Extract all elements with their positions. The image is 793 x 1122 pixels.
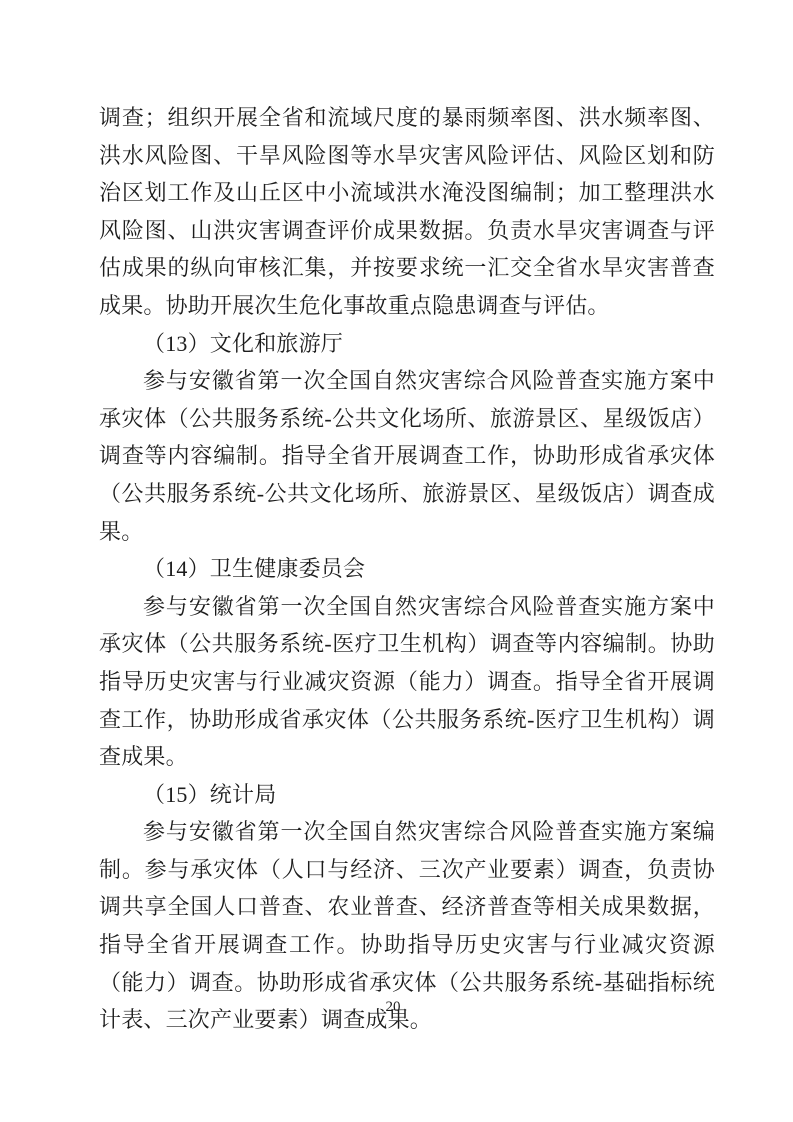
section-heading-14-health-commission: （14）卫生健康委员会 (99, 550, 715, 588)
page-number: 20 (0, 998, 786, 1016)
section-heading-15-statistics-bureau: （15）统计局 (99, 776, 715, 814)
section-paragraph-13: 参与安徽省第一次全国自然灾害综合风险普查实施方案中承灾体（公共服务系统-公共文化… (99, 362, 715, 550)
page-content: 调查；组织开展全省和流域尺度的暴雨频率图、洪水频率图、洪水风险图、干旱风险图等水… (99, 99, 715, 1039)
section-paragraph-14: 参与安徽省第一次全国自然灾害综合风险普查实施方案中承灾体（公共服务系统-医疗卫生… (99, 588, 715, 776)
section-heading-13-culture-tourism: （13）文化和旅游厅 (99, 325, 715, 363)
document-page: 调查；组织开展全省和流域尺度的暴雨频率图、洪水频率图、洪水风险图、干旱风险图等水… (0, 0, 793, 1122)
paragraph-continuation: 调查；组织开展全省和流域尺度的暴雨频率图、洪水频率图、洪水风险图、干旱风险图等水… (99, 99, 715, 325)
